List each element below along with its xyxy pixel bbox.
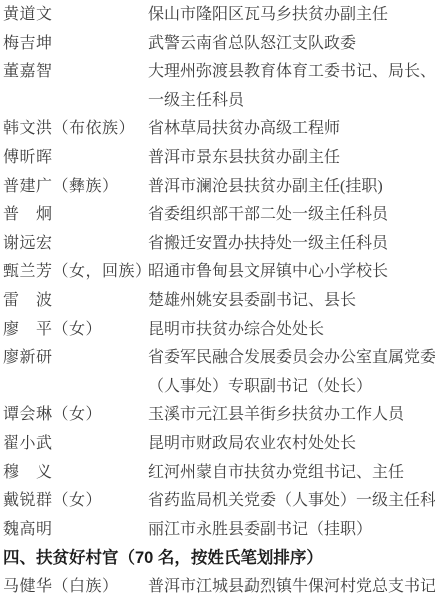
- awardee-name: 谢远宏: [3, 230, 148, 259]
- awardee-name: 谭会琳（女）: [3, 401, 148, 430]
- awardee-title-line: 省林草局扶贫办高级工程师: [148, 115, 433, 144]
- award-entry-row: 魏高明 丽江市永胜县委副书记（挂职）: [3, 516, 433, 545]
- awardee-title: 普洱市江城县勐烈镇牛倮河村党总支书记: [148, 573, 435, 600]
- awardee-title: 省林草局扶贫办高级工程师: [148, 115, 433, 144]
- awardee-title-line: 保山市隆阳区瓦马乡扶贫办副主任: [148, 1, 433, 30]
- awardee-title: 大理州弥渡县教育体育工委书记、局长、 一级主任科员: [148, 58, 435, 115]
- awardee-title-line: 丽江市永胜县委副书记（挂职）: [148, 516, 433, 545]
- awardee-name: 梅吉坤: [3, 30, 148, 59]
- awardee-title-line: 普洱市江城县勐烈镇牛倮河村党总支书记: [148, 573, 435, 600]
- awardee-title: 省委军民融合发展委员会办公室直属党委 （人事处）专职副书记（处长）: [148, 344, 435, 401]
- awardee-title: 省药监局机关党委（人事处）一级主任科员: [148, 487, 435, 516]
- award-entry-row: 马健华（白族） 普洱市江城县勐烈镇牛倮河村党总支书记: [3, 573, 433, 600]
- section-heading: 四、扶贫好村官（70 名，按姓氏笔划排序）: [3, 544, 433, 573]
- awardee-title-line: 省委组织部干部二处一级主任科员: [148, 201, 433, 230]
- award-entry-row: 黄道文 保山市隆阳区瓦马乡扶贫办副主任: [3, 1, 433, 30]
- award-entry-row: 普 炯 省委组织部干部二处一级主任科员: [3, 201, 433, 230]
- awardee-title-line: 省委军民融合发展委员会办公室直属党委: [148, 344, 435, 373]
- awardee-title-line: 省药监局机关党委（人事处）一级主任科员: [148, 487, 435, 516]
- awardee-title: 保山市隆阳区瓦马乡扶贫办副主任: [148, 1, 433, 30]
- awardee-title: 红河州蒙自市扶贫办党组书记、主任: [148, 459, 433, 488]
- awardee-name: 雷 波: [3, 287, 148, 316]
- awardee-title: 玉溪市元江县羊街乡扶贫办工作人员: [148, 401, 433, 430]
- award-entry-row: 翟小武 昆明市财政局农业农村处处长: [3, 430, 433, 459]
- awardee-title: 丽江市永胜县委副书记（挂职）: [148, 516, 433, 545]
- awardee-name: 黄道文: [3, 1, 148, 30]
- awardee-title: 昆明市财政局农业农村处处长: [148, 430, 433, 459]
- awardee-name: 魏高明: [3, 516, 148, 545]
- awardee-title-line: 楚雄州姚安县委副书记、县长: [148, 287, 433, 316]
- award-entry-row: 谭会琳（女） 玉溪市元江县羊街乡扶贫办工作人员: [3, 401, 433, 430]
- awardee-name: 戴锐群（女）: [3, 487, 148, 516]
- awardee-title-line: 大理州弥渡县教育体育工委书记、局长、: [148, 58, 435, 87]
- award-entry-row: 穆 义 红河州蒙自市扶贫办党组书记、主任: [3, 459, 433, 488]
- award-entry-row: 韩文洪（布依族） 省林草局扶贫办高级工程师: [3, 115, 433, 144]
- award-entry-row: 普建广（彝族） 普洱市澜沧县扶贫办副主任(挂职): [3, 173, 433, 202]
- awardee-name: 甄兰芳（女，回族）: [3, 258, 148, 287]
- awardee-name: 韩文洪（布依族）: [3, 115, 148, 144]
- awardee-title-line: 玉溪市元江县羊街乡扶贫办工作人员: [148, 401, 433, 430]
- awardee-title: 昆明市扶贫办综合处处长: [148, 316, 433, 345]
- awardee-name: 普 炯: [3, 201, 148, 230]
- award-entry-row: 傅昕晖 普洱市景东县扶贫办副主任: [3, 144, 433, 173]
- awardee-title-line: 省搬迁安置办扶持处一级主任科员: [148, 230, 433, 259]
- award-entry-row: 廖新研 省委军民融合发展委员会办公室直属党委 （人事处）专职副书记（处长）: [3, 344, 433, 401]
- awardee-title: 武警云南省总队怒江支队政委: [148, 30, 433, 59]
- awardee-title: 省搬迁安置办扶持处一级主任科员: [148, 230, 433, 259]
- awardee-name: 傅昕晖: [3, 144, 148, 173]
- award-entry-row: 甄兰芳（女，回族） 昭通市鲁甸县文屏镇中心小学校长: [3, 258, 433, 287]
- awardee-title-line: 一级主任科员: [148, 87, 435, 116]
- awardee-title: 普洱市景东县扶贫办副主任: [148, 144, 433, 173]
- awardee-title: 楚雄州姚安县委副书记、县长: [148, 287, 433, 316]
- awardee-title-line: 红河州蒙自市扶贫办党组书记、主任: [148, 459, 433, 488]
- award-entry-row: 董嘉智 大理州弥渡县教育体育工委书记、局长、 一级主任科员: [3, 58, 433, 115]
- document-page: 黄道文 保山市隆阳区瓦马乡扶贫办副主任 梅吉坤 武警云南省总队怒江支队政委 董嘉…: [0, 0, 435, 600]
- awardee-name: 廖新研: [3, 344, 148, 373]
- awardee-title-line: 昆明市财政局农业农村处处长: [148, 430, 433, 459]
- awardee-title-line: 普洱市景东县扶贫办副主任: [148, 144, 433, 173]
- award-entry-row: 廖 平（女） 昆明市扶贫办综合处处长: [3, 316, 433, 345]
- awardee-title-line: 武警云南省总队怒江支队政委: [148, 30, 433, 59]
- award-entry-row: 雷 波 楚雄州姚安县委副书记、县长: [3, 287, 433, 316]
- awardee-name: 董嘉智: [3, 58, 148, 87]
- awardee-name: 翟小武: [3, 430, 148, 459]
- awardee-title: 昭通市鲁甸县文屏镇中心小学校长: [148, 258, 433, 287]
- awardee-title-line: 普洱市澜沧县扶贫办副主任(挂职): [148, 173, 433, 202]
- award-entry-row: 谢远宏 省搬迁安置办扶持处一级主任科员: [3, 230, 433, 259]
- awardee-name: 普建广（彝族）: [3, 173, 148, 202]
- award-entry-row: 戴锐群（女） 省药监局机关党委（人事处）一级主任科员: [3, 487, 433, 516]
- awardee-name: 马健华（白族）: [3, 573, 148, 600]
- awardee-name: 廖 平（女）: [3, 316, 148, 345]
- awardee-title-line: 昭通市鲁甸县文屏镇中心小学校长: [148, 258, 433, 287]
- awardee-title: 普洱市澜沧县扶贫办副主任(挂职): [148, 173, 433, 202]
- awardee-title-line: （人事处）专职副书记（处长）: [148, 373, 435, 402]
- award-entry-row: 梅吉坤 武警云南省总队怒江支队政委: [3, 30, 433, 59]
- awardee-name: 穆 义: [3, 459, 148, 488]
- awardee-title: 省委组织部干部二处一级主任科员: [148, 201, 433, 230]
- awardee-title-line: 昆明市扶贫办综合处处长: [148, 316, 433, 345]
